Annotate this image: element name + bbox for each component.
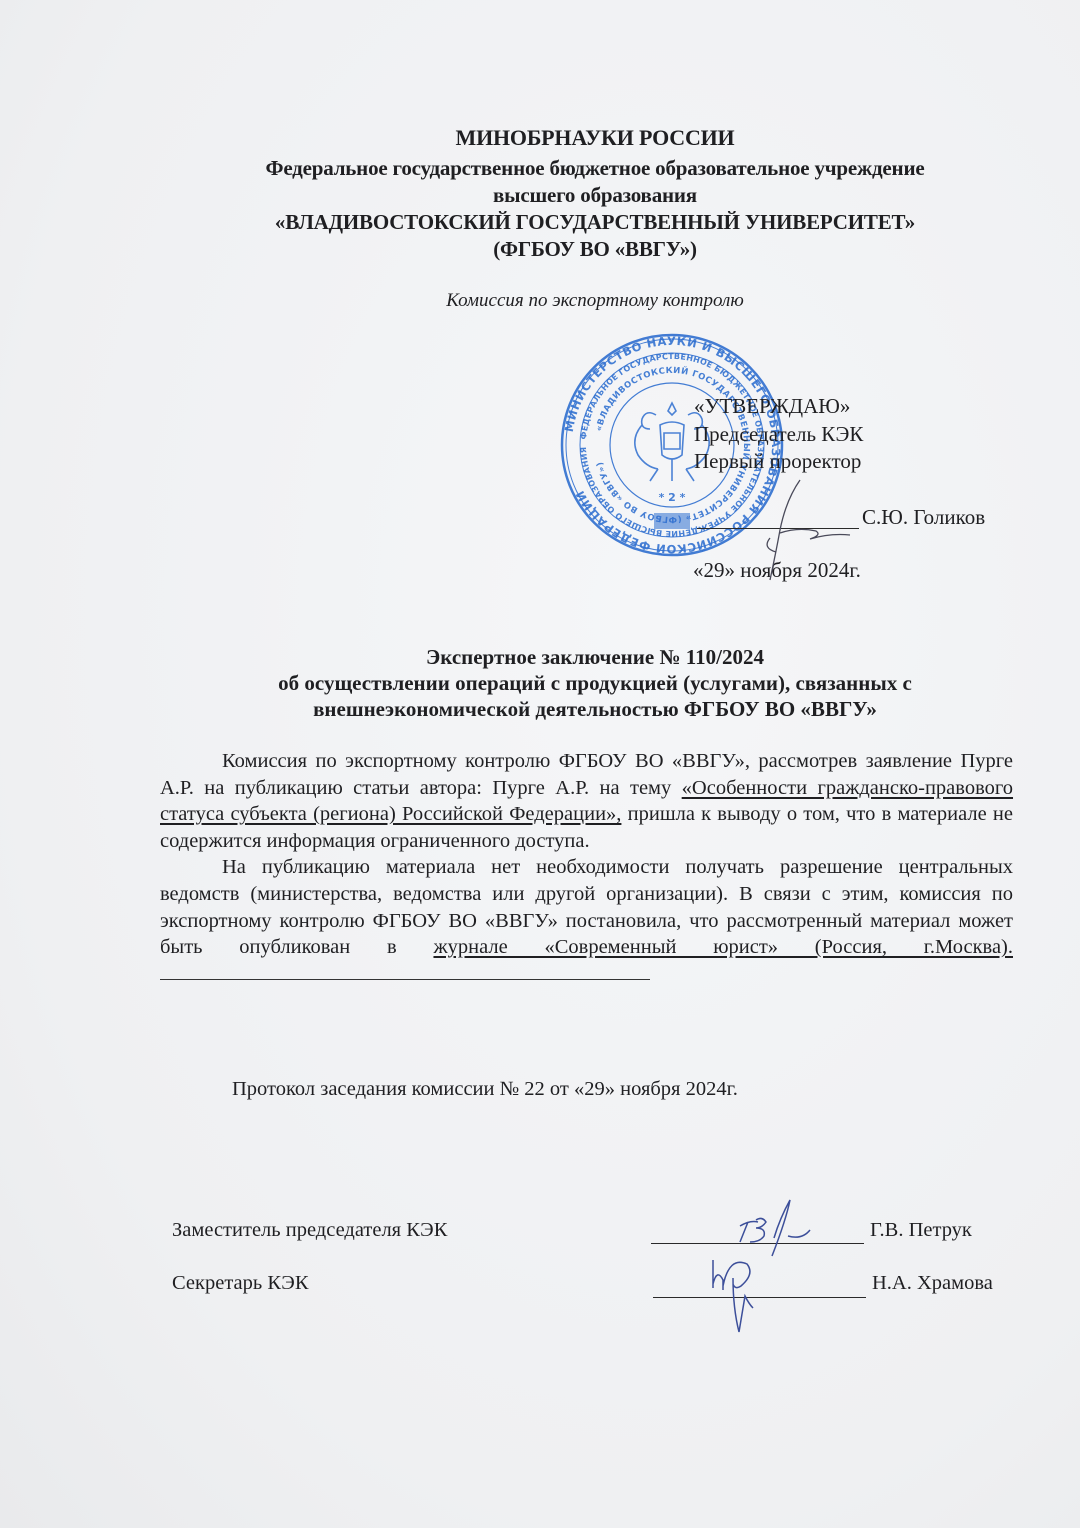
approver-position-1: Председатель КЭК — [694, 422, 863, 447]
institution-line-2: высшего образования — [0, 183, 1080, 208]
university-name: «ВЛАДИВОСТОКСКИЙ ГОСУДАРСТВЕННЫЙ УНИВЕРС… — [0, 210, 1080, 235]
commission-subtitle: Комиссия по экспортному контролю — [0, 290, 1080, 312]
fill-line — [160, 979, 650, 980]
paragraph-1: Комиссия по экспортному контролю ФГБОУ В… — [160, 748, 1013, 854]
institution-line-1: Федеральное государственное бюджетное об… — [0, 156, 1080, 181]
university-abbreviation: (ФГБОУ ВО «ВВГУ») — [0, 237, 1080, 262]
paragraph-2: На публикацию материала нет необходимост… — [160, 854, 1013, 987]
deputy-chair-position: Заместитель председателя КЭК — [172, 1219, 447, 1242]
conclusion-subtitle-2: внешнеэкономической деятельностью ФГБОУ … — [0, 697, 1080, 722]
conclusion-title: Экспертное заключение № 110/2024 — [0, 645, 1080, 670]
conclusion-body: Комиссия по экспортному контролю ФГБОУ В… — [160, 748, 1013, 987]
secretary-position: Секретарь КЭК — [172, 1272, 309, 1295]
conclusion-subtitle-1: об осуществлении операций с продукцией (… — [0, 671, 1080, 696]
journal-name: журнале «Современный юрист» (Россия, г.М… — [433, 936, 1013, 958]
secretary-name: Н.А. Храмова — [872, 1272, 993, 1295]
protocol-reference: Протокол заседания комиссии № 22 от «29»… — [232, 1078, 738, 1101]
approve-label: «УТВЕРЖДАЮ» — [694, 394, 850, 419]
svg-text:* 2 *: * 2 * — [659, 491, 686, 504]
secretary-signature-icon — [705, 1248, 785, 1338]
approver-signature-icon — [740, 478, 870, 588]
approver-name: С.Ю. Голиков — [862, 505, 985, 530]
deputy-chair-name: Г.В. Петрук — [870, 1219, 972, 1242]
ministry-heading: МИНОБРНАУКИ РОССИИ — [0, 125, 1080, 151]
approver-position-2: Первый проректор — [694, 449, 861, 474]
